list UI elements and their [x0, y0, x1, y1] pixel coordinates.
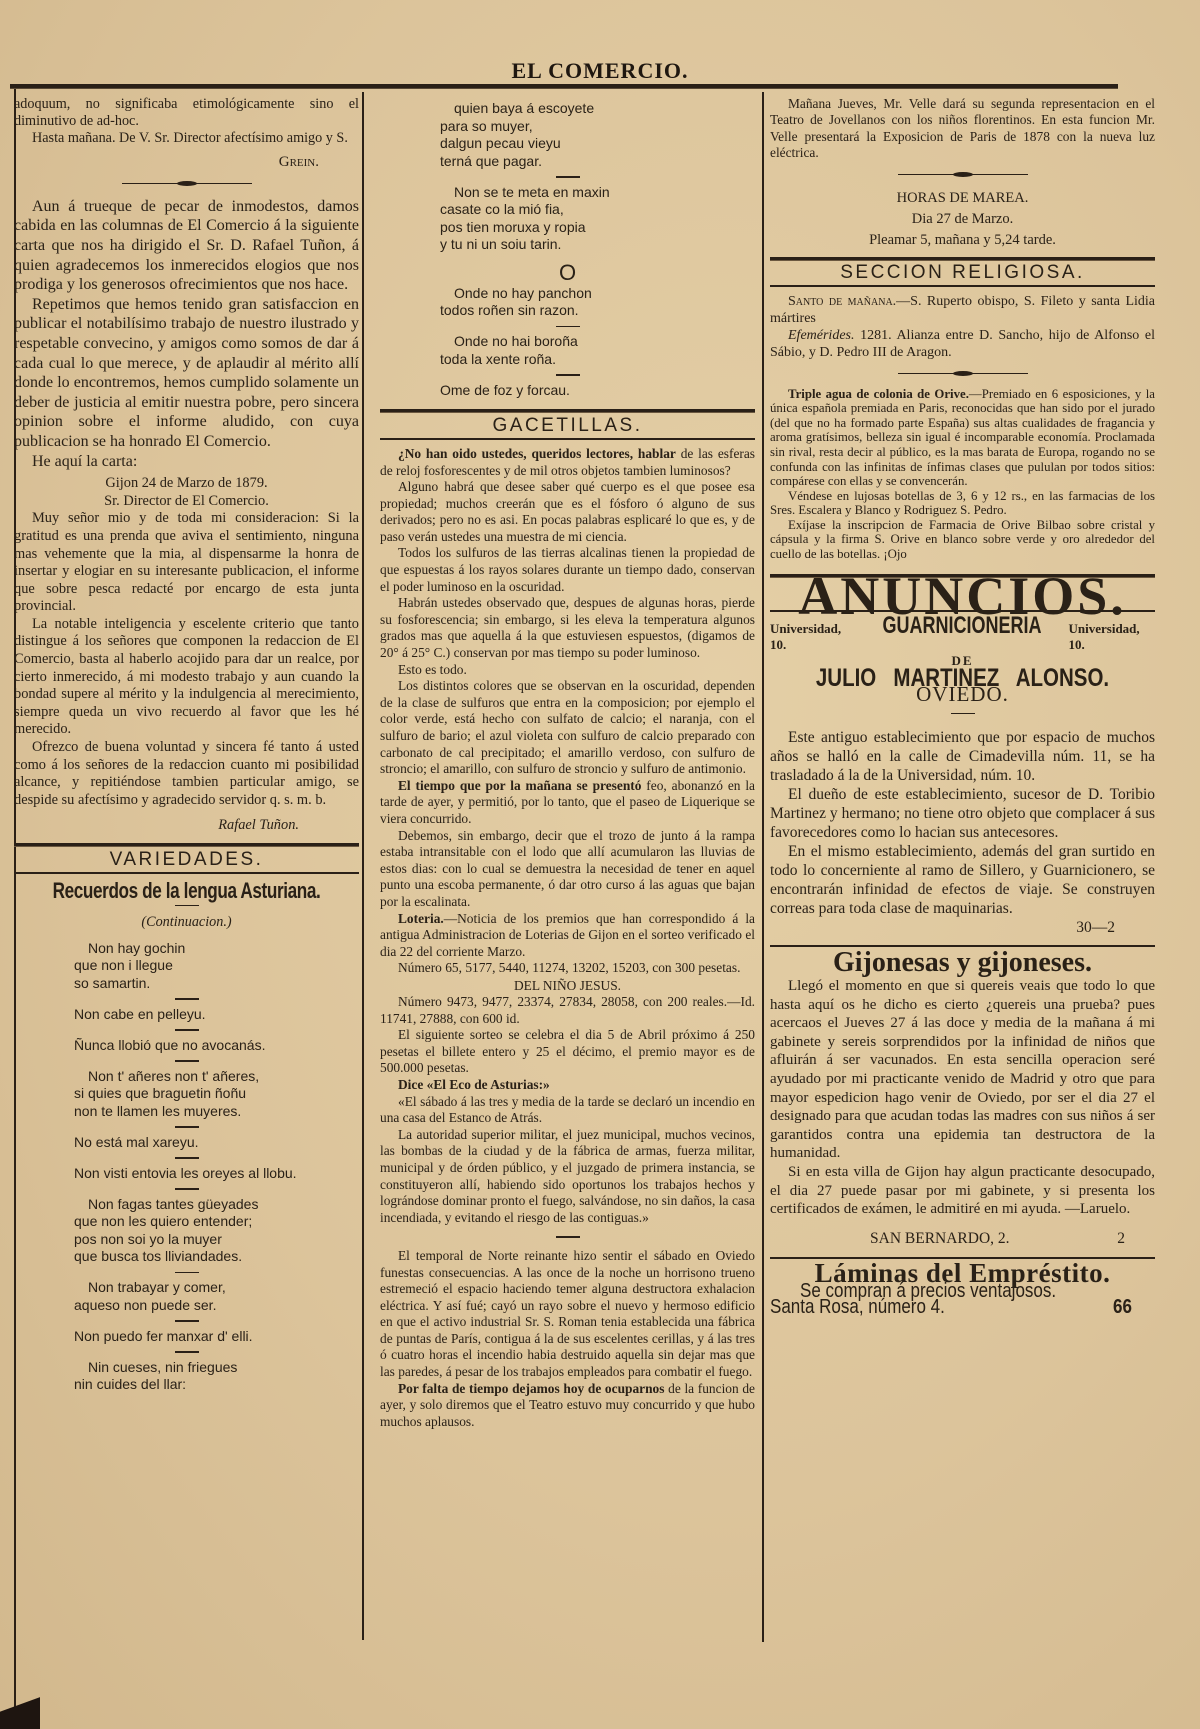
stanza: Non hay gochinque non i llegueso samarti…	[74, 940, 359, 993]
ad-title: Láminas del Empréstito.	[770, 1265, 1155, 1281]
santo-paragraph: Santo de mañana.—S. Ruperto obispo, S. F…	[770, 293, 1155, 327]
ad-business: GUARNICIONERIA	[883, 618, 1042, 634]
stanza: Ome de foz y forcau.	[440, 382, 755, 400]
velle-notice: Mañana Jueves, Mr. Velle dará su segunda…	[770, 96, 1155, 162]
editorial-paragraph: Aun á trueque de pecar de inmodestos, da…	[14, 197, 359, 295]
news-item-text: Los distintos colores que se observan en…	[380, 678, 755, 776]
news-item-text: La autoridad superior militar, el juez m…	[380, 1127, 755, 1225]
marea-day: Dia 27 de Marzo.	[770, 209, 1155, 230]
ad-title: Gijonesas y gijoneses.	[770, 955, 1155, 971]
dash-divider	[556, 1236, 580, 1238]
section-rule	[14, 843, 359, 847]
stanza: Non fagas tantes güeyadesque non les qui…	[74, 1196, 359, 1266]
stanza: Non puedo fer manxar d' elli.	[74, 1328, 359, 1346]
editorial-paragraph: He aquí la carta:	[14, 452, 359, 472]
verse-line: pos non soi yo la muyer	[74, 1231, 359, 1249]
news-item-text: Número 65, 5177, 5440, 11274, 13202, 152…	[398, 960, 740, 975]
news-item: Loteria.—Noticia de los premios que han …	[380, 911, 755, 961]
stanza: Onde no hai boroñatoda la xente roña.	[440, 333, 755, 368]
santo-label: Santo de mañana.	[788, 294, 896, 309]
section-title-religiosa: SECCION RELIGIOSA.	[770, 265, 1155, 281]
news-item-lead: Dice «El Eco de Asturias:»	[398, 1077, 550, 1092]
stanza: Non trabayar y comer,aqueso non puede se…	[74, 1279, 359, 1314]
section-rule	[380, 409, 755, 413]
news-item: Los distintos colores que se observan en…	[380, 678, 755, 778]
stanza: Non cabe en pelleyu.	[74, 1006, 359, 1024]
dash-divider	[175, 1320, 199, 1322]
verse-line: dalgun pecau vieyu	[440, 135, 755, 153]
verse-line: Onde no hay panchon	[440, 285, 755, 303]
ad-paragraph: En el mismo establecimiento, además del …	[770, 842, 1155, 918]
verse-line: pos tien moruxa y ropia	[440, 219, 755, 237]
header-rule	[10, 84, 1118, 89]
poem-continued: quien baya á escoyetepara so muyer,dalgu…	[380, 100, 755, 254]
intro-line: Hasta mañana. De V. Sr. Director afectís…	[14, 130, 359, 147]
article-title-recuerdos: Recuerdos de la lengua Asturiana.	[52, 882, 321, 899]
nino-jesus-heading: DEL NIÑO JESUS.	[380, 977, 755, 994]
intro-line: adoquum, no significaba etimológicamente…	[14, 96, 359, 130]
ad-laminas: Láminas del Empréstito. Se compran á pre…	[770, 1265, 1155, 1316]
stanza: Non se te meta en maxincasate co la mió …	[440, 184, 755, 254]
verse-line: quien baya á escoyete	[440, 100, 755, 118]
dash-divider	[175, 1029, 199, 1031]
efemerides-paragraph: Efemérides. 1281. Alianza entre D. Sanch…	[770, 327, 1155, 361]
dash-divider	[175, 1188, 199, 1190]
verse-line: nin cuides del llar:	[74, 1376, 359, 1394]
dash-divider	[951, 713, 975, 715]
dash-divider	[175, 905, 199, 907]
masthead: EL COMERCIO.	[0, 58, 1200, 84]
dash-divider	[556, 326, 580, 328]
news-item-text: Debemos, sin embargo, decir que el trozo…	[380, 828, 755, 909]
ad-address-right: Universidad, 10.	[1069, 621, 1155, 654]
stanza: quien baya á escoyetepara so muyer,dalgu…	[440, 100, 755, 170]
ornament-divider	[122, 181, 252, 187]
verse-line: so samartin.	[74, 975, 359, 993]
news-item: El temporal de Norte reinante hizo senti…	[380, 1248, 755, 1381]
stanza: Non t' añeres non t' añeres,si quies que…	[74, 1068, 359, 1121]
news-item-text: Esto es todo.	[398, 662, 467, 677]
section-rule	[380, 438, 755, 440]
column-left: adoquum, no significaba etimológicamente…	[14, 96, 359, 1398]
efemerides-label: Efemérides.	[788, 328, 854, 343]
proverbs-list: Non hay gochinque non i llegueso samarti…	[14, 940, 359, 1394]
news-item-text: Habrán ustedes observado que, despues de…	[380, 595, 755, 660]
ad-paragraph: Llegó el momento en que si quereis veais…	[770, 977, 1155, 1163]
news-item: Alguno habrá que desee saber qué cuerpo …	[380, 479, 755, 545]
verse-line: non te llamen les muyeres.	[74, 1103, 359, 1121]
ad-paragraph: Este antiguo establecimiento que por esp…	[770, 728, 1155, 785]
section-rule	[770, 285, 1155, 287]
gacetillas-items-3: El temporal de Norte reinante hizo senti…	[380, 1248, 755, 1431]
ad-guarnicioneria: Universidad, 10. GUARNICIONERIA Universi…	[770, 618, 1155, 938]
news-item-lead: ¿No han oido ustedes, queridos lectores,…	[398, 446, 676, 461]
ad-gijonesas: Gijonesas y gijoneses. Llegó el momento …	[770, 955, 1155, 1248]
verse-line: todos roñen sin razon.	[440, 302, 755, 320]
section-title-gacetillas: GACETILLAS.	[380, 417, 755, 434]
letter-date: Gijon 24 de Marzo de 1879.	[14, 475, 359, 493]
section-rule	[770, 257, 1155, 261]
news-item: Esto es todo.	[380, 662, 755, 679]
dash-divider	[175, 1272, 199, 1274]
ad-insertion-count: 30—2	[770, 918, 1155, 937]
letter-paragraph: Ofrezco de buena voluntad y sincera fé t…	[14, 739, 359, 809]
orive-lead: Triple agua de colonia de Orive.	[788, 387, 969, 401]
proverbs-o: Onde no hay panchontodos roñen sin razon…	[380, 285, 755, 400]
dash-divider	[175, 998, 199, 1000]
verse-line: Non hay gochin	[74, 940, 359, 958]
dash-divider	[175, 1060, 199, 1062]
verse-line: para so muyer,	[440, 118, 755, 136]
verse-line: No está mal xareyu.	[74, 1134, 359, 1152]
verse-line: Ome de foz y forcau.	[440, 382, 755, 400]
verse-line: aqueso non puede ser.	[74, 1297, 359, 1315]
dash-divider	[556, 176, 580, 178]
verse-line: Non fagas tantes güeyades	[74, 1196, 359, 1214]
section-rule	[14, 872, 359, 874]
orive-text: —Premiado en 6 esposiciones, y la única …	[770, 387, 1155, 489]
news-item-lead: Por falta de tiempo dejamos hoy de ocupa…	[398, 1381, 664, 1396]
dash-divider	[556, 374, 580, 376]
signature-grein: Grein.	[14, 154, 359, 171]
news-item-text: Alguno habrá que desee saber qué cuerpo …	[380, 479, 755, 544]
verse-line: Nin cueses, nin friegues	[74, 1359, 359, 1377]
news-item-text: El temporal de Norte reinante hizo senti…	[380, 1248, 755, 1379]
verse-line: toda la xente roña.	[440, 351, 755, 369]
ad-insertion-count: 66	[1113, 1299, 1132, 1315]
gacetillas-items-2: Número 9473, 9477, 23374, 27834, 28058, …	[380, 994, 755, 1226]
ad-body: Este antiguo establecimiento que por esp…	[770, 728, 1155, 937]
letter-addressee: Sr. Director de El Comercio.	[14, 493, 359, 511]
dash-divider	[175, 1351, 199, 1353]
orive-sale: Véndese en lujosas botellas de 3, 6 y 12…	[770, 489, 1155, 518]
verse-line: si quies que braguetin ñoñu	[74, 1085, 359, 1103]
stanza: Onde no hay panchontodos roñen sin razon…	[440, 285, 755, 320]
news-item: «El sábado á las tres y media de la tard…	[380, 1094, 755, 1127]
news-item: Número 9473, 9477, 23374, 27834, 28058, …	[380, 994, 755, 1027]
stanza: Non visti entovia les oreyes al llobu.	[74, 1165, 359, 1183]
column-divider	[362, 92, 364, 1640]
letter: Gijon 24 de Marzo de 1879. Sr. Director …	[14, 475, 359, 835]
ornament-divider	[898, 371, 1028, 377]
verse-line: que busca tos lliviandades.	[74, 1248, 359, 1266]
verse-line: Non visti entovia les oreyes al llobu.	[74, 1165, 359, 1183]
signature-tunon: Rafael Tuñon.	[14, 817, 359, 835]
news-item: Dice «El Eco de Asturias:»	[380, 1077, 755, 1094]
marea-title: HORAS DE MAREA.	[770, 188, 1155, 209]
orive-warning: Exíjase la inscripcion de Farmacia de Or…	[770, 518, 1155, 562]
news-item: ¿No han oido ustedes, queridos lectores,…	[380, 446, 755, 479]
news-item: Por falta de tiempo dejamos hoy de ocupa…	[380, 1381, 755, 1431]
news-item: Habrán ustedes observado que, despues de…	[380, 595, 755, 661]
ad-address: Santa Rosa, número 4.	[770, 1299, 945, 1315]
stanza: Nin cueses, nin frieguesnin cuides del l…	[74, 1359, 359, 1394]
news-item-text: El siguiente sorteo se celebra el dia 5 …	[380, 1027, 755, 1075]
section-title-variedades: VARIEDADES.	[14, 851, 359, 868]
dash-divider	[175, 1126, 199, 1128]
verse-line: Ñunca llobió que no avocanás.	[74, 1037, 359, 1055]
ad-body: Llegó el momento en que si quereis veais…	[770, 977, 1155, 1219]
verse-line: Non puedo fer manxar d' elli.	[74, 1328, 359, 1346]
news-item-text: «El sábado á las tres y media de la tard…	[380, 1094, 755, 1126]
verse-line: terná que pagar.	[440, 153, 755, 171]
marea-times: Pleamar 5, mañana y 5,24 tarde.	[770, 230, 1155, 251]
ad-owner: JULIO MARTINEZ ALONSO.	[805, 670, 1121, 686]
stanza: No está mal xareyu.	[74, 1134, 359, 1152]
ad-insertion-count: 2	[1117, 1231, 1125, 1247]
stanza: Ñunca llobió que no avocanás.	[74, 1037, 359, 1055]
newspaper-page: EL COMERCIO. adoquum, no significaba eti…	[0, 0, 1200, 1729]
dash-divider	[175, 1157, 199, 1159]
news-item: Todos los sulfuros de las tierras alcali…	[380, 545, 755, 595]
verse-line: casate co la mió fia,	[440, 201, 755, 219]
news-item-lead: Loteria.	[398, 911, 444, 926]
news-item-text: Número 9473, 9477, 23374, 27834, 28058, …	[380, 994, 755, 1026]
editorial: Aun á trueque de pecar de inmodestos, da…	[14, 197, 359, 471]
verse-line: Non cabe en pelleyu.	[74, 1006, 359, 1024]
editorial-paragraph: Repetimos que hemos tenido gran satisfac…	[14, 295, 359, 452]
column-divider	[762, 92, 764, 1642]
orive-ad: Triple agua de colonia de Orive.—Premiad…	[770, 387, 1155, 489]
ad-address: SAN BERNARDO, 2.	[870, 1231, 1010, 1247]
column-middle: quien baya á escoyetepara so muyer,dalgu…	[380, 96, 755, 1430]
ad-address-left: Universidad, 10.	[770, 621, 856, 654]
news-item-lead: El tiempo que por la mañana se presentó	[398, 778, 641, 793]
news-item: Debemos, sin embargo, decir que el trozo…	[380, 828, 755, 911]
news-item: El tiempo que por la mañana se presentó …	[380, 778, 755, 828]
anuncios-heading: ANUNCIOS.	[770, 588, 1155, 604]
verse-line: y tu ni un soiu tarin.	[440, 236, 755, 254]
verse-line: que non les quiero entender;	[74, 1213, 359, 1231]
section-letter-o: O	[380, 264, 755, 281]
ad-paragraph: Si en esta villa de Gijon hay algun prac…	[770, 1163, 1155, 1219]
news-item: El siguiente sorteo se celebra el dia 5 …	[380, 1027, 755, 1077]
letter-paragraph: Muy señor mio y de toda mi consideracion…	[14, 510, 359, 616]
binding-shadow	[0, 1690, 40, 1729]
news-item: Número 65, 5177, 5440, 11274, 13202, 152…	[380, 960, 755, 977]
verse-line: Non trabayar y comer,	[74, 1279, 359, 1297]
verse-line: Onde no hai boroña	[440, 333, 755, 351]
verse-line: que non i llegue	[74, 957, 359, 975]
continuacion-label: (Continuacion.)	[14, 914, 359, 931]
column-right: Mañana Jueves, Mr. Velle dará su segunda…	[770, 96, 1155, 1316]
verse-line: Non t' añeres non t' añeres,	[74, 1068, 359, 1086]
ad-header-row: Universidad, 10. GUARNICIONERIA Universi…	[770, 618, 1155, 654]
ornament-divider	[898, 172, 1028, 178]
gacetillas-items: ¿No han oido ustedes, queridos lectores,…	[380, 446, 755, 977]
letter-paragraph: La notable inteligencia y escelente crit…	[14, 616, 359, 739]
news-item: La autoridad superior militar, el juez m…	[380, 1127, 755, 1227]
news-item-text: Todos los sulfuros de las tierras alcali…	[380, 545, 755, 593]
verse-line: Non se te meta en maxin	[440, 184, 755, 202]
ad-footer: SAN BERNARDO, 2. 2	[870, 1231, 1125, 1247]
ad-paragraph: El dueño de este establecimiento, suceso…	[770, 785, 1155, 842]
